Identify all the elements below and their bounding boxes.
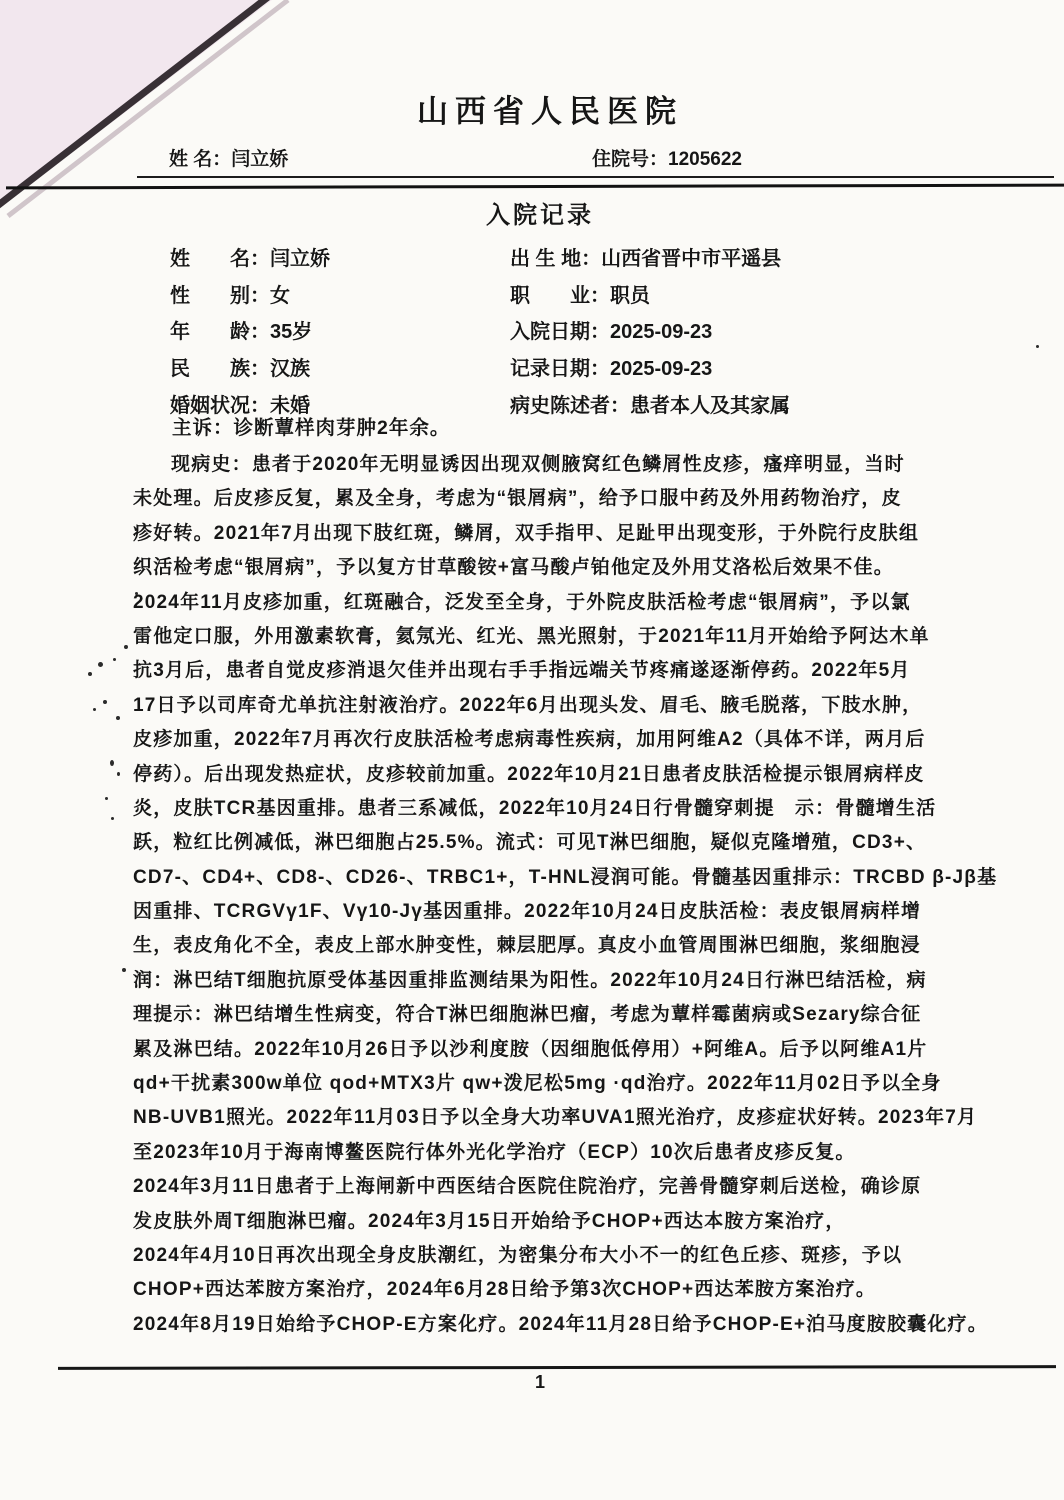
info-row: 性 别：女 职 业：职员 <box>170 275 1034 312</box>
document-page: 山西省人民医院 姓 名：闫立娇 住院号：1205622 入院记录 姓 名：闫立娇… <box>0 0 1064 1500</box>
hpi-line: 发皮肤外周T细胞淋巴瘤。2024年3月15日开始给予CHOP+西达本胺方案治疗， <box>133 1205 945 1239</box>
chief-complaint-text: 诊断蕈样肉芽肿2年余。 <box>234 417 451 439</box>
scan-speck <box>113 658 116 661</box>
hpi-line: 2024年4月10日再次出现全身皮肤潮红，为密集分布大小不一的红色丘疹、斑疹，予… <box>133 1239 945 1273</box>
scan-speck <box>88 672 92 676</box>
chief-complaint: 主诉：诊断蕈样肉芽肿2年余。 <box>133 412 943 440</box>
scan-speck <box>110 760 114 766</box>
hpi-line: 理提示：淋巴结增生性病变，符合T淋巴细胞淋巴瘤，考虑为蕈样霉菌病或Sezary综… <box>133 998 945 1032</box>
page-number: 1 <box>0 1372 1064 1393</box>
hpi-label: 现病史： <box>171 454 252 475</box>
info-row: 民 族：汉族 记录日期：2025-09-23 <box>170 348 1034 385</box>
info-label: 记录日期： <box>510 358 610 380</box>
info-admission-date: 入院日期：2025-09-23 <box>510 315 1034 344</box>
hpi-line: 2024年11月皮疹加重，红斑融合，泛发至全身，于外院皮肤活检考虑“银屑病”，予… <box>133 586 945 620</box>
info-value: 闫立娇 <box>270 248 330 270</box>
info-age: 年 龄：35岁 <box>170 315 510 344</box>
hpi-text: 患者于2020年无明显诱因出现双侧腋窝红色鳞屑性皮疹，瘙痒明显，当时 <box>252 454 905 475</box>
hpi-line: NB-UVB1照光。2022年11月03日予以全身大功率UVA1照光治疗，皮疹症… <box>133 1101 945 1135</box>
info-birthplace: 出 生 地：山西省晋中市平遥县 <box>510 242 1034 271</box>
scan-speck <box>111 817 114 820</box>
scan-speck <box>122 968 126 972</box>
header-admission-number: 住院号：1205622 <box>592 144 742 171</box>
footer-rule <box>58 1365 1056 1370</box>
info-label: 出 生 地： <box>510 248 601 270</box>
hospital-title: 山西省人民医院 <box>0 86 1064 131</box>
scan-speck <box>93 708 96 711</box>
info-record-date: 记录日期：2025-09-23 <box>510 352 1034 381</box>
scan-speck <box>124 645 128 649</box>
hpi-line: 2024年8月19日始给予CHOP-E方案化疗。2024年11月28日给予CHO… <box>133 1308 945 1342</box>
info-label: 性 别： <box>170 285 270 307</box>
info-value: 35岁 <box>270 321 312 343</box>
hpi-line: CHOP+西达苯胺方案治疗，2024年6月28日给予第3次CHOP+西达苯胺方案… <box>133 1273 945 1307</box>
hpi-line: qd+干扰素300w单位 qod+MTX3片 qw+泼尼松5mg ·qd治疗。2… <box>133 1067 945 1101</box>
hpi-line: 皮疹加重，2022年7月再次行皮肤活检考虑病毒性疾病，加用阿维A2（具体不详，两… <box>133 723 945 757</box>
hpi-line: 跃，粒红比例减低，淋巴细胞占25.5%。流式：可见T淋巴细胞，疑似克隆增殖，CD… <box>133 826 945 860</box>
hpi-line: 累及淋巴结。2022年10月26日予以沙利度胺（因细胞低停用）+阿维A。后予以阿… <box>133 1033 945 1067</box>
info-occupation: 职 业：职员 <box>510 279 1034 308</box>
info-sex: 性 别：女 <box>170 279 510 308</box>
hpi-line: 雷他定口服，外用激素软膏，氦氖光、红光、黑光照射，于2021年11月开始给予阿达… <box>133 620 945 654</box>
record-title: 入院记录 <box>0 195 1064 230</box>
hpi-line: 现病史：患者于2020年无明显诱因出现双侧腋窝红色鳞屑性皮疹，瘙痒明显，当时 <box>133 448 945 482</box>
info-value: 女 <box>270 285 290 307</box>
hpi-line: 润：淋巴结T细胞抗原受体基因重排监测结果为阳性。2022年10月24日行淋巴结活… <box>133 964 945 998</box>
hpi-line: 2024年3月11日患者于上海闸新中西医结合医院住院治疗，完善骨髓穿刺后送检，确… <box>133 1170 945 1204</box>
header-admission-value: 1205622 <box>668 149 742 170</box>
info-row: 年 龄：35岁 入院日期：2025-09-23 <box>170 312 1034 349</box>
scan-speck <box>103 700 107 704</box>
hpi-line: 因重排、TCRGVγ1F、Vγ10-Jγ基因重排。2022年10月24日皮肤活检… <box>133 895 945 929</box>
info-value: 2025-09-23 <box>610 358 712 380</box>
hpi-line: 抗3月后，患者自觉皮疹消退欠佳并出现右手手指远端关节疼痛遂逐渐停药。2022年5… <box>133 654 945 688</box>
hpi-line: 生，表皮角化不全，表皮上部水肿变性，棘层肥厚。真皮小血管周围淋巴细胞，浆细胞浸 <box>133 929 945 963</box>
hpi-line: 疹好转。2021年7月出现下肢红斑，鳞屑，双手指甲、足趾甲出现变形，于外院行皮肤… <box>133 517 945 551</box>
chief-complaint-label: 主诉： <box>172 417 234 439</box>
info-label: 入院日期： <box>510 321 610 343</box>
scan-speck <box>105 797 108 800</box>
info-label: 民 族： <box>170 358 270 380</box>
hpi-line: 17日予以司库奇尤单抗注射液治疗。2022年6月出现头发、眉毛、腋毛脱落，下肢水… <box>133 689 945 723</box>
header-name-label: 姓 名： <box>169 149 231 170</box>
scan-speck <box>1036 345 1039 348</box>
hpi-line: 炎，皮肤TCR基因重排。患者三系减低，2022年10月24日行骨髓穿刺提 示：骨… <box>133 792 945 826</box>
header-rule <box>6 184 1064 190</box>
hpi-line: 织活检考虑“银屑病”，予以复方甘草酸铵+富马酸卢铂他定及外用艾洛松后效果不佳。 <box>133 551 945 585</box>
scan-speck <box>117 772 120 776</box>
header-admission-label: 住院号： <box>592 149 668 170</box>
info-name: 姓 名：闫立娇 <box>170 242 510 271</box>
present-illness-history: 现病史：患者于2020年无明显诱因出现双侧腋窝红色鳞屑性皮疹，瘙痒明显，当时 未… <box>133 448 945 1342</box>
header-name-value: 闫立娇 <box>231 149 288 170</box>
info-value: 山西省晋中市平遥县 <box>601 248 781 270</box>
info-label: 姓 名： <box>170 248 270 270</box>
header-patient-name: 姓 名：闫立娇 <box>169 144 288 171</box>
info-value: 职员 <box>610 285 650 307</box>
hpi-line: CD7-、CD4+、CD8-、CD26-、TRBC1+，T-HNL浸润可能。骨髓… <box>133 861 945 895</box>
scan-speck <box>116 716 120 720</box>
info-label: 年 龄： <box>170 321 270 343</box>
scan-speck <box>98 662 103 667</box>
hpi-line: 未处理。后皮疹反复，累及全身，考虑为“银屑病”，给予口服中药及外用药物治疗，皮 <box>133 482 945 516</box>
hpi-line: 至2023年10月于海南博鳌医院行体外光化学治疗（ECP）10次后患者皮疹反复。 <box>133 1136 945 1170</box>
info-value: 2025-09-23 <box>610 321 712 343</box>
info-row: 姓 名：闫立娇 出 生 地：山西省晋中市平遥县 <box>170 238 1034 275</box>
info-value: 汉族 <box>270 358 310 380</box>
info-label: 职 业： <box>510 285 610 307</box>
info-ethnicity: 民 族：汉族 <box>170 352 510 381</box>
hpi-line: 停药）。后出现发热症状，皮疹较前加重。2022年10月21日患者皮肤活检提示银屑… <box>133 758 945 792</box>
page-header-fields: 姓 名：闫立娇 住院号：1205622 <box>137 140 1054 178</box>
patient-info: 姓 名：闫立娇 出 生 地：山西省晋中市平遥县 性 别：女 职 业：职员 年 龄… <box>170 238 1034 422</box>
